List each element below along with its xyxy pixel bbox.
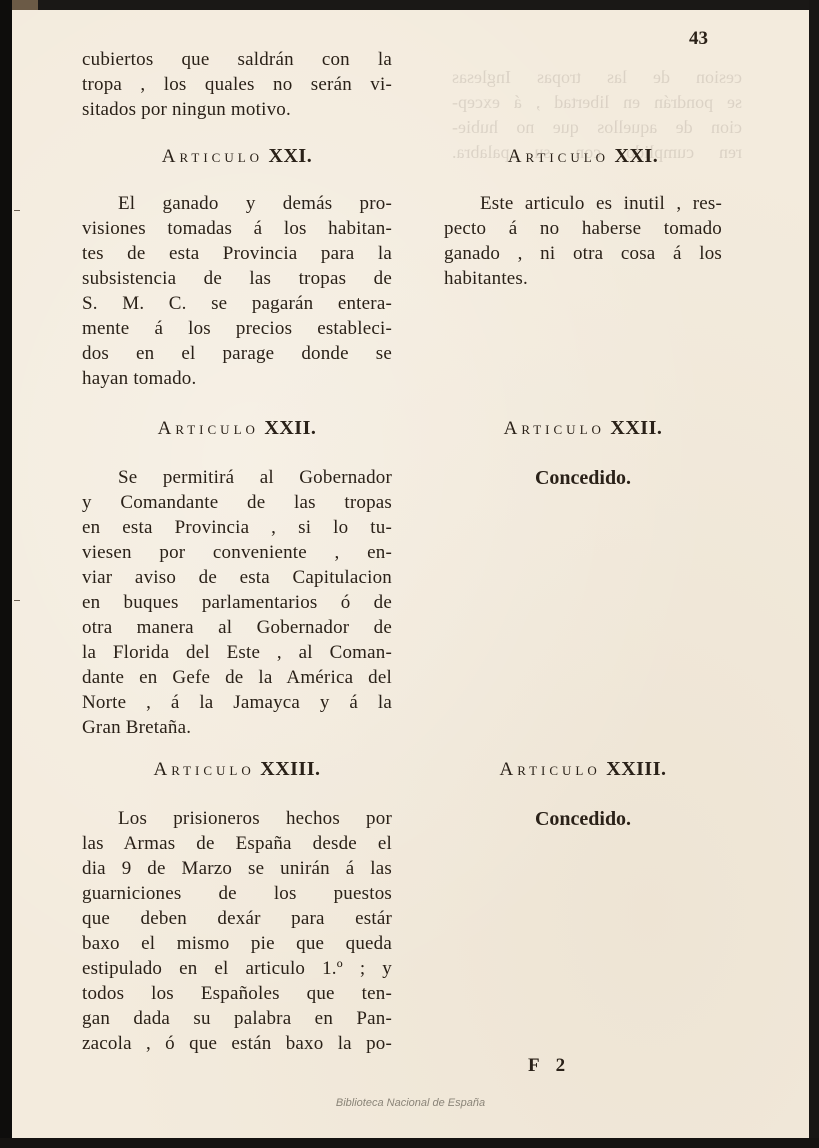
text-line: viesen por conveniente , en- — [82, 540, 392, 565]
book-page: cesion de las tropas Inglesas se pondrán… — [12, 10, 809, 1138]
left-article-xxi: Articulo XXI. El ganado y demás pro- vis… — [82, 143, 392, 391]
text-line: zacola , ó que están baxo la po- — [82, 1031, 392, 1056]
response-concedido: Concedido. — [444, 806, 722, 832]
text-line: subsistencia de las tropas de — [82, 266, 392, 291]
bleed-line: cesion de las tropas Inglesas — [452, 65, 742, 90]
text-line: en esta Provincia , si lo tu- — [82, 515, 392, 540]
article-heading: Articulo XXII. — [444, 415, 722, 441]
text-line: en buques parlamentarios ó de — [82, 590, 392, 615]
text-line: dia 9 de Marzo se unirán á las — [82, 856, 392, 881]
text-line: El ganado y demás pro- — [82, 191, 392, 216]
page-number: 43 — [689, 28, 708, 50]
article-heading: Articulo XXI. — [82, 143, 392, 169]
text-line: Los prisioneros hechos por — [82, 806, 392, 831]
margin-mark — [14, 210, 20, 211]
text-line: pecto á no haberse tomado — [444, 216, 722, 241]
scan-top-border — [0, 0, 819, 10]
text-line: S. M. C. se pagarán entera- — [82, 291, 392, 316]
article-heading: Articulo XXI. — [444, 143, 722, 169]
right-article-xxii: Articulo XXII. Concedido. — [444, 415, 722, 491]
article-heading: Articulo XXIII. — [82, 756, 392, 782]
text-line: gan dada su palabra en Pan- — [82, 1006, 392, 1031]
text-line: Norte , á la Jamayca y á la — [82, 690, 392, 715]
text-line: las Armas de España desde el — [82, 831, 392, 856]
text-line: habitantes. — [444, 266, 722, 291]
library-watermark: Biblioteca Nacional de España — [12, 1097, 809, 1109]
text-line: dante en Gefe de la América del — [82, 665, 392, 690]
scan-left-border — [0, 0, 12, 1148]
text-line: guarniciones de los puestos — [82, 881, 392, 906]
text-line: otra manera al Gobernador de — [82, 615, 392, 640]
text-line: cubiertos que saldrán con la — [82, 47, 392, 72]
text-line: la Florida del Este , al Coman- — [82, 640, 392, 665]
text-line: y Comandante de las tropas — [82, 490, 392, 515]
text-line: Gran Bretaña. — [82, 715, 392, 740]
left-article-xxiii: Articulo XXIII. Los prisioneros hechos p… — [82, 756, 392, 1056]
text-line: que deben dexár para estár — [82, 906, 392, 931]
response-concedido: Concedido. — [444, 465, 722, 491]
text-line: todos los Españoles que ten- — [82, 981, 392, 1006]
right-article-xxiii: Articulo XXIII. Concedido. — [444, 756, 722, 832]
scan-bottom-border — [0, 1138, 819, 1148]
text-line: visiones tomadas á los habitan- — [82, 216, 392, 241]
article-heading: Articulo XXII. — [82, 415, 392, 441]
text-line: tes de esta Provincia para la — [82, 241, 392, 266]
left-article-xxii: Articulo XXII. Se permitirá al Gobernado… — [82, 415, 392, 740]
text-line: mente á los precios estableci- — [82, 316, 392, 341]
scan-right-border — [809, 0, 819, 1148]
signature-mark: F 2 — [528, 1055, 571, 1077]
text-line: sitados por ningun motivo. — [82, 97, 392, 122]
text-line: estipulado en el articulo 1.º ; y — [82, 956, 392, 981]
article-heading: Articulo XXIII. — [444, 756, 722, 782]
text-line: ganado , ni otra cosa á los — [444, 241, 722, 266]
text-line: dos en el parage donde se — [82, 341, 392, 366]
text-line: Este articulo es inutil , res- — [444, 191, 722, 216]
scan-corner-shadow — [12, 0, 38, 10]
text-line: hayan tomado. — [82, 366, 392, 391]
text-line: Se permitirá al Gobernador — [82, 465, 392, 490]
text-line: baxo el mismo pie que queda — [82, 931, 392, 956]
text-line: tropa , los quales no serán vi- — [82, 72, 392, 97]
left-column-continuation: cubiertos que saldrán con la tropa , los… — [82, 47, 392, 122]
margin-mark — [14, 600, 20, 601]
bleed-line: cion de aquellos que no hubie- — [452, 115, 742, 140]
text-line: viar aviso de esta Capitulacion — [82, 565, 392, 590]
right-article-xxi: Articulo XXI. Este articulo es inutil , … — [444, 143, 722, 291]
bleed-line: se pondrán en libertad , á excep- — [452, 90, 742, 115]
